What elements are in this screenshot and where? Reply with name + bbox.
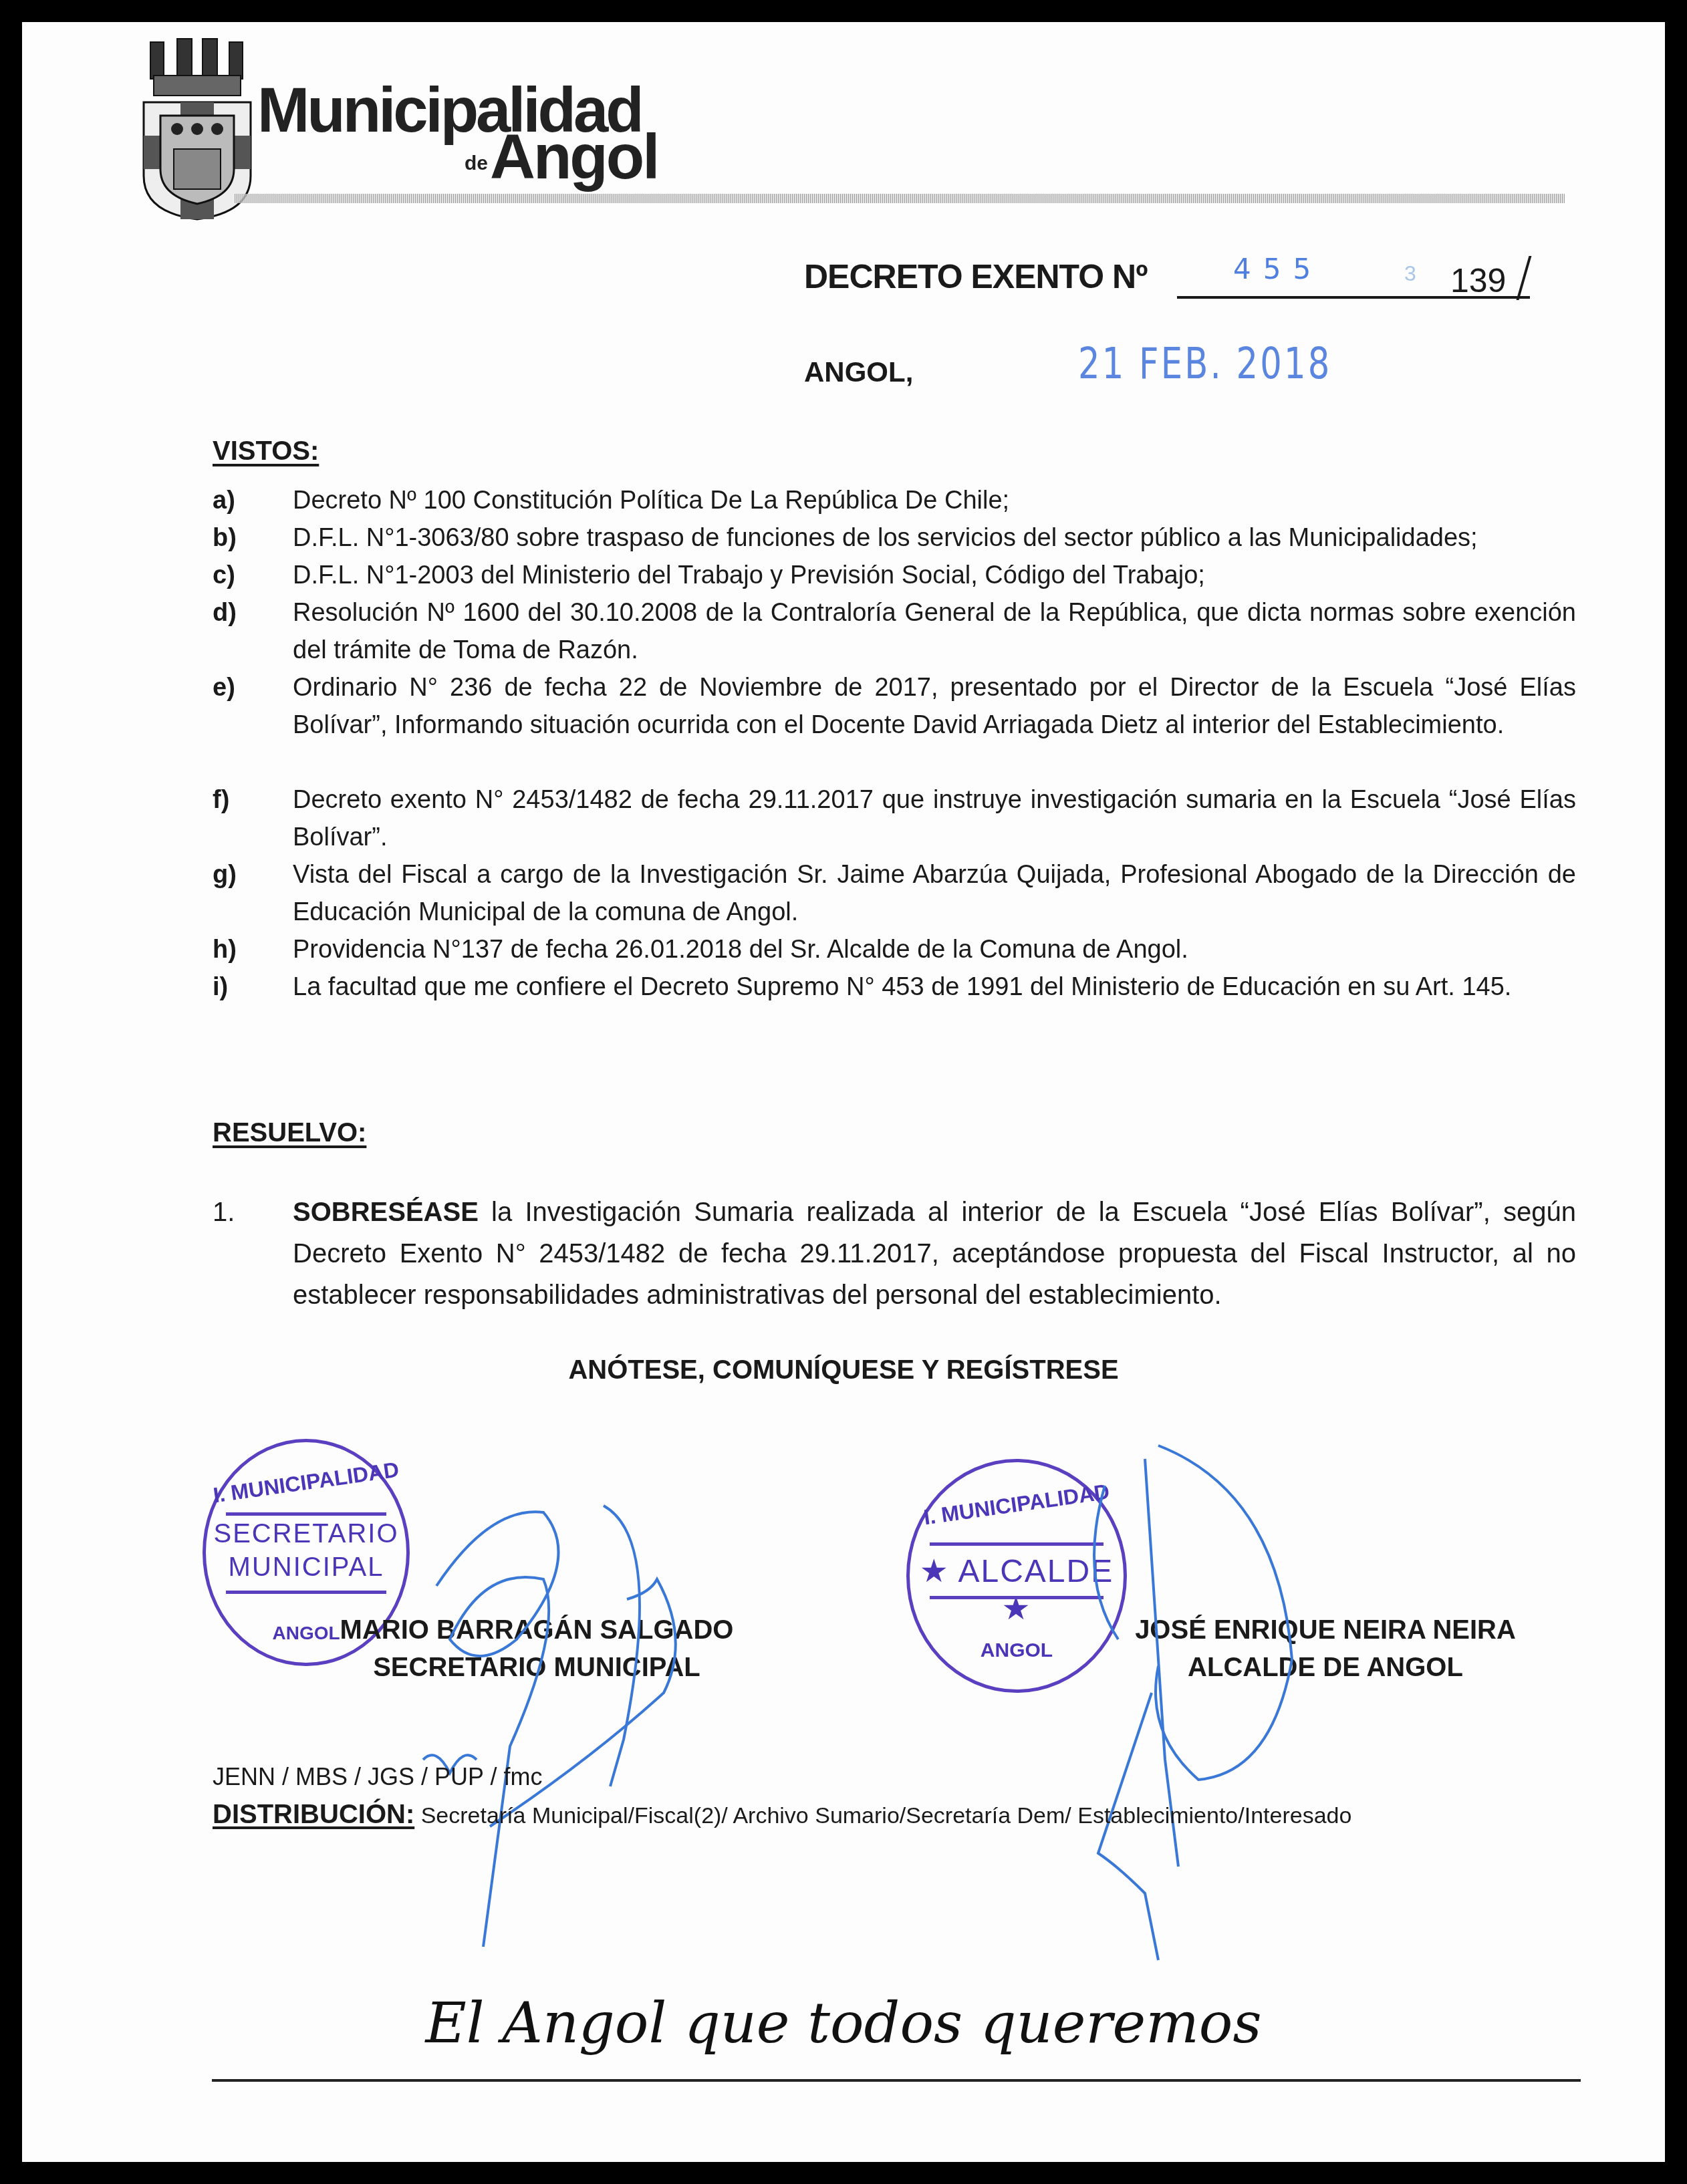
vistos-item-label: d) <box>213 594 237 632</box>
signer-title: ALCALDE DE ANGOL <box>1091 1649 1559 1686</box>
vistos-item-text: Providencia N°137 de fecha 26.01.2018 de… <box>293 931 1576 968</box>
decree-underline <box>1177 296 1530 299</box>
signer-secretario: MARIO BARRAGÁN SALGADO SECRETARIO MUNICI… <box>303 1611 771 1686</box>
vistos-item-text: Resolución Nº 1600 del 30.10.2008 de la … <box>293 594 1576 669</box>
faint-stamp: 3 <box>1404 261 1416 286</box>
vistos-item-label: c) <box>213 557 235 594</box>
seal-center-1: SECRETARIO <box>206 1519 406 1549</box>
vistos-item-label: i) <box>213 968 228 1006</box>
stamp-number: 455 <box>1233 253 1323 285</box>
document-page: Municipalidad de Angol DECRETO EXENTO Nº… <box>22 22 1665 2162</box>
seal-top-text: I. MUNICIPALIDAD <box>205 1456 407 1508</box>
vistos-item-label: h) <box>213 931 237 968</box>
decree-label: DECRETO EXENTO Nº <box>804 257 1147 296</box>
footer-divider <box>212 2079 1581 2082</box>
signer-name: MARIO BARRAGÁN SALGADO <box>303 1611 771 1649</box>
signer-alcalde: JOSÉ ENRIQUE NEIRA NEIRA ALCALDE DE ANGO… <box>1091 1611 1559 1686</box>
date-stamp: 21 FEB. 2018 <box>1078 339 1332 389</box>
closing-formula: ANÓTESE, COMUNÍQUESE Y REGÍSTRESE <box>22 1355 1665 1385</box>
seal-bar <box>930 1596 1104 1599</box>
vistos-item-label: g) <box>213 856 237 894</box>
resolution-body: la Investigación Sumaria realizada al in… <box>293 1198 1576 1310</box>
seal-center-2: MUNICIPAL <box>206 1552 406 1583</box>
seal-bar <box>930 1542 1104 1546</box>
brand-angol: Angol <box>490 121 658 193</box>
vistos-item-label: f) <box>213 781 229 819</box>
distribution-label: DISTRIBUCIÓN: <box>213 1800 414 1829</box>
distribution-line: DISTRIBUCIÓN: Secretaría Municipal/Fisca… <box>213 1800 1351 1830</box>
resolution-number: 1. <box>213 1192 235 1233</box>
resuelvo-heading: RESUELVO: <box>213 1118 366 1148</box>
initials-line: JENN / MBS / JGS / PUP / fmc <box>213 1763 542 1791</box>
signer-title: SECRETARIO MUNICIPAL <box>303 1649 771 1686</box>
vistos-item-text: D.F.L. N°1-3063/80 sobre traspaso de fun… <box>293 519 1576 557</box>
vistos-item-label: b) <box>213 519 237 557</box>
resolution-text: SOBRESÉASE la Investigación Sumaria real… <box>293 1192 1576 1316</box>
vistos-item-label: e) <box>213 669 235 706</box>
seal-bar <box>226 1591 386 1594</box>
vistos-item-text: Vista del Fiscal a cargo de la Investiga… <box>293 856 1576 931</box>
vistos-heading: VISTOS: <box>213 436 319 466</box>
vistos-item-text: Decreto exento N° 2453/1482 de fecha 29.… <box>293 781 1576 856</box>
brand-de: de <box>465 152 488 175</box>
vistos-item-text: Decreto Nº 100 Constitución Política De … <box>293 482 1576 519</box>
signer-name: JOSÉ ENRIQUE NEIRA NEIRA <box>1091 1611 1559 1649</box>
header-divider <box>235 194 1565 203</box>
handwritten-signatures <box>22 22 1665 2162</box>
seal-top-text: I. MUNICIPALIDAD <box>909 1478 1124 1532</box>
vistos-item-text: Ordinario N° 236 de fecha 22 de Noviembr… <box>293 669 1576 744</box>
decree-slash <box>1517 256 1532 300</box>
vistos-item-text: La facultad que me confiere el Decreto S… <box>293 968 1576 1006</box>
seal-bar <box>226 1512 386 1516</box>
vistos-item-text: D.F.L. N°1-2003 del Ministerio del Traba… <box>293 557 1576 594</box>
city-label: ANGOL, <box>804 356 913 388</box>
distribution-list: Secretaría Municipal/Fiscal(2)/ Archivo … <box>414 1803 1351 1828</box>
resolution-lead: SOBRESÉASE <box>293 1198 479 1227</box>
motto: El Angol que todos queremos <box>22 1990 1665 2056</box>
decree-number: 139 <box>1450 261 1506 300</box>
vistos-item-label: a) <box>213 482 235 519</box>
